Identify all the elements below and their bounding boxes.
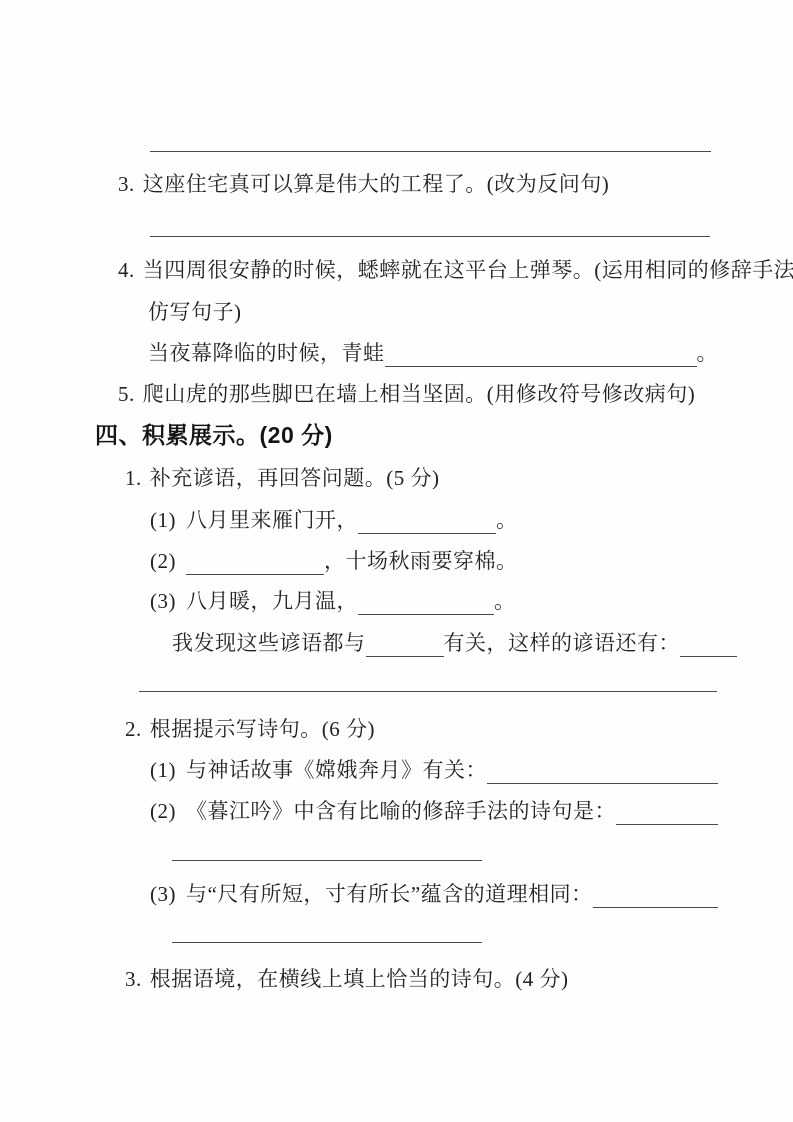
item-text: 与神话故事《嫦娥奔月》有关： (186, 757, 487, 784)
item-label: (2) (150, 548, 176, 575)
item-label: (3) (150, 881, 176, 908)
answer-blank (358, 590, 494, 615)
question-text: 根据提示写诗句。(6 分) (150, 716, 375, 743)
poem-item-2: (2) 《暮江吟》中含有比喻的修辞手法的诗句是： (150, 798, 718, 825)
answer-line (172, 942, 482, 943)
poem-item-3: (3) 与“尺有所短，寸有所长”蕴含的道理相同： (150, 881, 718, 908)
answer-blank (366, 632, 444, 657)
item-label: (1) (150, 507, 176, 534)
subquestion-2: 2. 根据提示写诗句。(6 分) (125, 716, 375, 743)
proverb-note-row: 我发现这些谚语都与 有关，这样的谚语还有： (172, 630, 737, 657)
answer-blank (385, 342, 697, 367)
answer-blank (680, 632, 737, 657)
item-label: (3) (150, 588, 176, 615)
note-text: 我发现这些谚语都与 (172, 630, 366, 657)
question-text: 根据语境，在横线上填上恰当的诗句。(4 分) (150, 966, 569, 993)
item-text: 《暮江吟》中含有比喻的修辞手法的诗句是： (186, 798, 616, 825)
period: 。 (494, 588, 516, 615)
sentence-stem: 当夜幕降临的时候，青蛙 (148, 340, 385, 367)
question-text: 爬山虎的那些脚巴在墙上相当坚固。(用修改符号修改病句) (143, 381, 695, 408)
item-label: (1) (150, 757, 176, 784)
proverb-item-2: (2) ，十场秋雨要穿棉。 (150, 548, 518, 575)
question-5: 5. 爬山虎的那些脚巴在墙上相当坚固。(用修改符号修改病句) (118, 381, 695, 408)
answer-line (172, 860, 482, 861)
subquestion-1: 1. 补充谚语，再回答问题。(5 分) (125, 465, 440, 492)
proverb-item-1: (1) 八月里来雁门开， 。 (150, 507, 518, 534)
question-number: 5. (118, 381, 135, 408)
item-text: 与“尺有所短，寸有所长”蕴含的道理相同： (186, 881, 593, 908)
answer-blank (487, 759, 718, 784)
question-text: 补充谚语，再回答问题。(5 分) (150, 465, 440, 492)
poem-item-1: (1) 与神话故事《嫦娥奔月》有关： (150, 757, 718, 784)
note-text: 有关，这样的谚语还有： (444, 630, 681, 657)
question-number: 2. (125, 716, 142, 743)
answer-line (139, 691, 717, 692)
section-heading: 四、积累展示。(20 分) (95, 421, 333, 449)
proverb-stem: 八月里来雁门开， (186, 507, 358, 534)
question-text: 这座住宅真可以算是伟大的工程了。(改为反问句) (143, 171, 610, 198)
item-label: (2) (150, 798, 176, 825)
proverb-stem: 八月暖，九月温， (186, 588, 358, 615)
subquestion-3: 3. 根据语境，在横线上填上恰当的诗句。(4 分) (125, 966, 569, 993)
question-4-answer-row: 当夜幕降临的时候，青蛙 。 (148, 340, 718, 367)
answer-line (150, 236, 710, 237)
question-number: 4. (118, 257, 135, 284)
answer-line (150, 151, 711, 152)
question-3: 3. 这座住宅真可以算是伟大的工程了。(改为反问句) (118, 171, 609, 198)
answer-blank (616, 800, 718, 825)
question-number: 1. (125, 465, 142, 492)
period: 。 (697, 340, 719, 367)
answer-blank (358, 509, 496, 534)
question-4-line2: 仿写句子) (148, 299, 242, 326)
question-4-line1: 4. 当四周很安静的时候，蟋蟀就在这平台上弹琴。(运用相同的修辞手法 (118, 257, 793, 284)
question-text: 当四周很安静的时候，蟋蟀就在这平台上弹琴。(运用相同的修辞手法 (143, 257, 793, 284)
proverb-item-3: (3) 八月暖，九月温， 。 (150, 588, 516, 615)
question-number: 3. (125, 966, 142, 993)
proverb-stem: ，十场秋雨要穿棉。 (324, 548, 518, 575)
worksheet-page: 3. 这座住宅真可以算是伟大的工程了。(改为反问句) 4. 当四周很安静的时候，… (0, 0, 793, 1122)
answer-blank (186, 550, 324, 575)
answer-blank (593, 883, 718, 908)
question-text: 仿写句子) (148, 299, 242, 326)
question-number: 3. (118, 171, 135, 198)
period: 。 (496, 507, 518, 534)
